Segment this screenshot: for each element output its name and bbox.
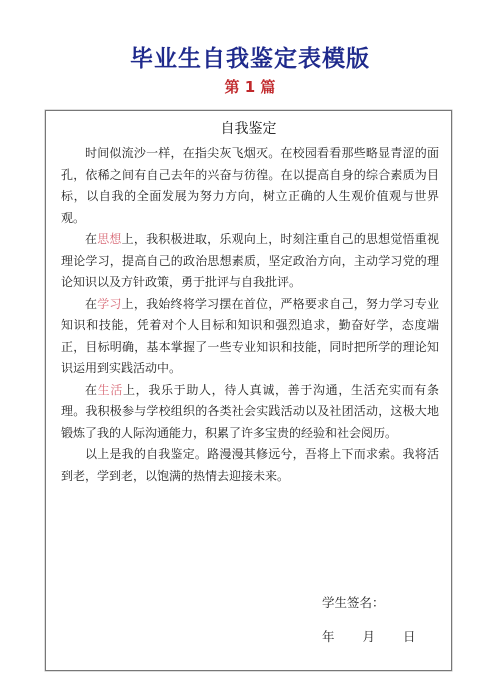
paragraph-intro: 时间似流沙一样，在指尖灰飞烟灭。在校园看看那些略显青涩的面孔，依稀之间有自己去年… [61, 143, 439, 229]
evaluation-body: 时间似流沙一样，在指尖灰飞烟灭。在校园看看那些略显青涩的面孔，依稀之间有自己去年… [61, 143, 439, 487]
document-subtitle: 第 1 篇 [0, 76, 500, 97]
student-signature-label: 学生签名： [322, 593, 385, 611]
date-month: 月 [363, 629, 376, 644]
paragraph-text: 以上是我的自我鉴定。路漫漫其修远兮，吾将上下而求索。我将活到老，学到老，以饱满的… [61, 447, 439, 483]
paragraph-prefix: 在 [85, 297, 97, 311]
paragraph-prefix: 在 [85, 232, 97, 246]
self-evaluation-form: 自我鉴定 时间似流沙一样，在指尖灰飞烟灭。在校园看看那些略显青涩的面孔，依稀之间… [45, 110, 452, 671]
document-title: 毕业生自我鉴定表模版 [0, 40, 500, 73]
form-heading: 自我鉴定 [46, 118, 451, 138]
highlight-keyword: 生活 [98, 383, 123, 397]
highlight-keyword: 学习 [97, 297, 121, 311]
paragraph-conclusion: 以上是我的自我鉴定。路漫漫其修远兮，吾将上下而求索。我将活到老，学到老，以饱满的… [61, 444, 439, 487]
paragraph-prefix: 在 [85, 383, 98, 397]
signature-date: 年 月 日 [322, 627, 430, 645]
paragraph-study: 在学习上，我始终将学习摆在首位，严格要求自己，努力学习专业知识和技能，凭着对个人… [61, 294, 439, 380]
paragraph-text: 时间似流沙一样，在指尖灰飞烟灭。在校园看看那些略显青涩的面孔，依稀之间有自己去年… [61, 146, 439, 225]
paragraph-life: 在生活上，我乐于助人，待人真诚，善于沟通，生活充实而有条理。我积极参与学校组织的… [61, 380, 439, 445]
highlight-keyword: 思想 [97, 232, 121, 246]
paragraph-ideology: 在思想上，我积极进取，乐观向上，时刻注重自己的思想觉悟重视理论学习，提高自己的政… [61, 229, 439, 294]
date-day: 日 [403, 629, 416, 644]
date-year: 年 [322, 629, 335, 644]
